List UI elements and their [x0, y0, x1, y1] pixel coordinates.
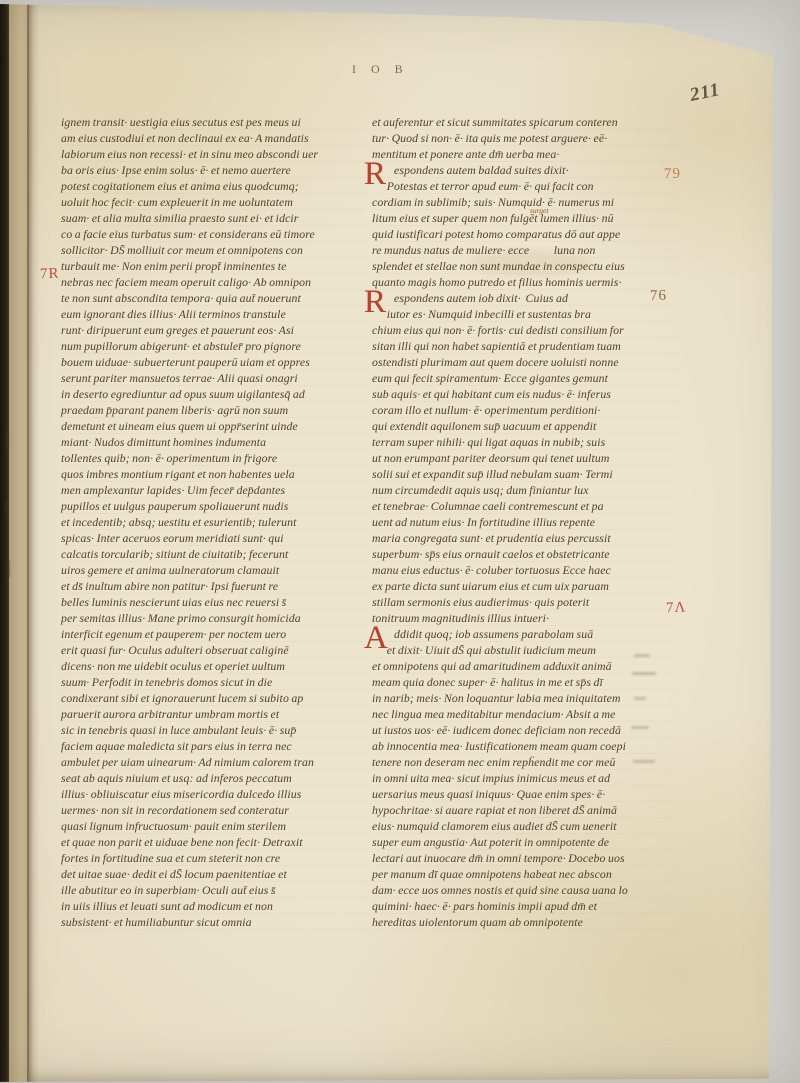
line-text: tenere non deseram nec enim repḧendit m… [372, 755, 616, 769]
line-text: Potestas et terror apud eum· ē· qui faci… [372, 179, 594, 193]
manuscript-line: in uiis illius et leuati sunt ad modicum… [61, 898, 367, 914]
manuscript-line: quanto magis homo putredo et filius homi… [372, 274, 678, 290]
margin-chapter-mark: 79 [664, 166, 682, 184]
manuscript-line: condixerant sibi et ignorauerunt lucem s… [61, 690, 367, 706]
line-text: et dixit· Uiuit dS̄ qui abstulit iudiciu… [372, 643, 596, 657]
line-text: dam· ecce uos omnes nostis et quid sine … [372, 883, 628, 897]
line-text: manu eius eductus· ē· coluber tortuosus … [372, 563, 611, 577]
line-text: uermes· non sit in recordationem sed con… [61, 803, 289, 817]
line-text: in narib; meis· Non loquantur labia mea … [372, 691, 621, 705]
manuscript-line: tollentes quib; non· ē· operimentum in f… [61, 450, 367, 466]
manuscript-line: sollicitor· DS̄ molliuit cor meum et omn… [61, 242, 367, 258]
folio-number-ink: 211 [688, 79, 722, 107]
manuscript-line: eum ignorant dies illius· Alii terminos … [61, 306, 367, 322]
line-text: erit quasi fur· Oculus adulteri obseruat… [61, 643, 289, 657]
line-text: interficit egenum et pauperem· per nocte… [61, 627, 286, 641]
manuscript-line: runt· diripuerunt eum greges et pauerunt… [61, 322, 367, 338]
manuscript-line: in omni uita mea· sicut impius inimicus … [372, 770, 678, 786]
line-text: ut non erumpant pariter deorsum qui tene… [372, 451, 610, 465]
manuscript-line: demetunt et uineam eius quem ui oppr̄ser… [61, 418, 367, 434]
line-text: super eum angustia· Aut poterit in omnip… [372, 835, 609, 849]
manuscript-line: turbauit me· Non enim perii propt̄ inmin… [61, 258, 367, 274]
manuscript-line: super eum angustia· Aut poterit in omnip… [372, 834, 678, 850]
interlinear-gloss: surget [530, 203, 548, 219]
manuscript-line: per semitas illius· Mane primo consurgit… [61, 610, 367, 626]
line-text: eum qui fecit spiramentum· Ecce gigantes… [372, 371, 608, 385]
manuscript-line: sic in tenebris quasi in luce ambulant l… [61, 722, 367, 738]
manuscript-line: superbum· sp̄s eius ornauit caelos et ob… [372, 546, 678, 562]
manuscript-line: Potestas et terror apud eum· ē· qui faci… [372, 178, 678, 194]
manuscript-line: interficit egenum et pauperem· per nocte… [61, 626, 367, 642]
manuscript-line: labiorum eius non recessi· et in sinu me… [61, 146, 367, 162]
line-text: ille abutitur eo in superbiam· Oculi aut… [61, 883, 276, 897]
bleedthrough-mark [5, 500, 8, 514]
line-text: nec lingua mea meditabitur mendacium· Ab… [372, 707, 616, 721]
line-text: faciem aquae maledicta sit pars eius in … [61, 739, 292, 753]
line-text: iutor es· Numquid inbecilli et sustentas… [372, 307, 591, 321]
manuscript-line: ut iustos uos· eē· iudicem donec deficia… [372, 722, 678, 738]
line-text: spicas· Inter aceruos eorum meridiati su… [61, 531, 284, 545]
manuscript-line: R espondens autem baldad suites dixit· [372, 162, 678, 178]
manuscript-line: in deserto egrediuntur ad opus suum uigi… [61, 386, 367, 402]
line-text: re mundus natus de muliere· ecce luna no… [372, 243, 596, 257]
manuscript-line: hereditas uiolentorum quam ab omnipotent… [372, 914, 678, 930]
manuscript-line: et ds̄ inultum abire non patitur· Ipsi f… [61, 578, 367, 594]
manuscript-line: re mundus natus de muliere· ecce luna no… [372, 242, 678, 258]
manuscript-line: quid iustificari potest homo comparatus … [372, 226, 678, 242]
line-text: meam quia donec super· ē· halitus in me … [372, 675, 603, 689]
line-text: men amplexantur lapides· Uim fecer̄ dep̄… [61, 483, 285, 497]
line-text: runt· diripuerunt eum greges et pauerunt… [61, 323, 294, 337]
line-text: et quae non parit et uiduae bene non fec… [61, 835, 303, 849]
manuscript-line: uersarius meus quasi iniquus· Quae enim … [372, 786, 678, 802]
manuscript-line: dicens· non me uidebit oculus et operiet… [61, 658, 367, 674]
manuscript-line: ille abutitur eo in superbiam· Oculi aut… [61, 882, 367, 898]
manuscript-line: per manum dī quae omnipotens habeat nec … [372, 866, 678, 882]
manuscript-line: co a facie eius turbatus sum· et conside… [61, 226, 367, 242]
parchment-page: I O B 211 211 ignem transit· uestigia ei… [0, 0, 800, 1083]
parchment-stain [706, 16, 768, 36]
line-text: ambulet per uiam uinearum· Ad nimium cal… [61, 755, 314, 769]
line-text: ut iustos uos· eē· iudicem donec deficia… [372, 723, 621, 737]
line-text: miant· Nudos dimittunt homines indumenta [61, 435, 266, 449]
line-text: in uiis illius et leuati sunt ad modicum… [61, 899, 273, 913]
margin-chapter-mark: 7R [40, 266, 60, 284]
manuscript-line: cordiam in sublimib; suis· Numquid· ē· n… [372, 194, 678, 210]
line-text: mentitum et ponere ante dm̄ uerba mea· [372, 147, 559, 161]
manuscript-line: hypochritae· si auare rapiat et non libe… [372, 802, 678, 818]
manuscript-line: faciem aquae maledicta sit pars eius in … [61, 738, 367, 754]
manuscript-line: suum· Perfodit in tenebris domos sicut i… [61, 674, 367, 690]
line-text: sic in tenebris quasi in luce ambulant l… [61, 723, 296, 737]
line-text: espondens autem iob dixit· Cuius ad [372, 291, 568, 305]
gutter-crease-shadow [27, 0, 39, 1083]
line-text: ignem transit· uestigia eius secutus est… [61, 115, 301, 129]
line-text: lectari aut inuocare dm̄ in omni tempore… [372, 851, 625, 865]
manuscript-line: ostendisti plurimam aut quem docere uolu… [372, 354, 678, 370]
manuscript-line: qui extendit aquilonem sup̄ uacuum et ap… [372, 418, 678, 434]
manuscript-line: terram super nihili· qui ligat aquas in … [372, 434, 678, 450]
manuscript-line: iutor es· Numquid inbecilli et sustentas… [372, 306, 678, 322]
faint-marginalia-smudge [632, 672, 656, 675]
line-text: te non sunt abscondita tempora· quia aut… [61, 291, 301, 305]
line-text: tollentes quib; non· ē· operimentum in f… [61, 451, 277, 465]
line-text: solii sui et expandit sup̄ illud nebulam… [372, 467, 613, 481]
line-text: quos imbres montium rigant et non habent… [61, 467, 295, 481]
line-text: condixerant sibi et ignorauerunt lucem s… [61, 691, 303, 705]
manuscript-line: meam quia donec super· ē· halitus in me … [372, 674, 678, 690]
manuscript-line: erit quasi fur· Oculus adulteri obseruat… [61, 642, 367, 658]
manuscript-line: ignem transit· uestigia eius secutus est… [61, 114, 367, 130]
line-text: uent ad nutum eius· In fortitudine illiu… [372, 515, 595, 529]
folio-number-pencil: 211 [757, 29, 776, 47]
line-text: eius· numquid clamorem eius audiet dS̄ c… [372, 819, 617, 833]
line-text: in deserto egrediuntur ad opus suum uigi… [61, 387, 305, 401]
manuscript-line: fortes in fortitudine sua et cum steteri… [61, 850, 367, 866]
line-text: sitan illi qui non habet sapientiā et pr… [372, 339, 621, 353]
line-text: paruerit aurora arbitrantur umbram morti… [61, 707, 279, 721]
line-text: suum· Perfodit in tenebris domos sicut i… [61, 675, 272, 689]
line-text: tur· Quod si non· ē· ita quis me potest … [372, 131, 607, 145]
faint-marginalia-smudge [634, 654, 650, 657]
manuscript-line: paruerit aurora arbitrantur umbram morti… [61, 706, 367, 722]
line-text: splendet et stellae non sunt mundae in c… [372, 259, 625, 273]
line-text: cordiam in sublimib; suis· Numquid· ē· n… [372, 195, 614, 209]
line-text: ab innocentia mea· Iustificationem meam … [372, 739, 626, 753]
manuscript-line: eius· numquid clamorem eius audiet dS̄ c… [372, 818, 678, 834]
manuscript-line: subsistent· et humiliabuntur sicut omnia [61, 914, 367, 930]
manuscript-line: am eius custodiui et non declinaui ex ea… [61, 130, 367, 146]
line-text: et auferentur et sicut summitates spicar… [372, 115, 618, 129]
line-text: praedam p̄parant panem liberis· agrū non… [61, 403, 288, 417]
manuscript-line: stillam sermonis eius audierimus· quis p… [372, 594, 678, 610]
manuscript-line: miant· Nudos dimittunt homines indumenta [61, 434, 367, 450]
manuscript-line: manu eius eductus· ē· coluber tortuosus … [372, 562, 678, 578]
line-text: co a facie eius turbatus sum· et conside… [61, 227, 315, 241]
manuscript-line: serunt pariter mansuetos terrae· Alii qu… [61, 370, 367, 386]
line-text: litum eius et super quem non fulgēt lume… [372, 211, 614, 225]
line-text: uersarius meus quasi iniquus· Quae enim … [372, 787, 605, 801]
manuscript-line: et tenebrae· Columnae caeli contremescun… [372, 498, 678, 514]
line-text: superbum· sp̄s eius ornauit caelos et ob… [372, 547, 610, 561]
line-text: subsistent· et humiliabuntur sicut omnia [61, 915, 252, 929]
manuscript-line: num pupillorum abigerunt· et abstuler̄ p… [61, 338, 367, 354]
line-text: belles luminis nescierunt uias eius nec … [61, 595, 286, 609]
line-text: ostendisti plurimam aut quem docere uolu… [372, 355, 619, 369]
line-text: per manum dī quae omnipotens habeat nec … [372, 867, 612, 881]
margin-chapter-mark: 76 [650, 288, 668, 306]
manuscript-line: et quae non parit et uiduae bene non fec… [61, 834, 367, 850]
faint-marginalia-smudge [634, 697, 646, 700]
manuscript-line: mentitum et ponere ante dm̄ uerba mea· [372, 146, 678, 162]
faint-marginalia-smudge [633, 760, 655, 763]
manuscript-line: tonitruum magnitudinis illius intueri· [372, 610, 678, 626]
manuscript-line: et auferentur et sicut summitates spicar… [372, 114, 678, 130]
line-text: et ds̄ inultum abire non patitur· Ipsi f… [61, 579, 278, 593]
line-text: quid iustificari potest homo comparatus … [372, 227, 620, 241]
manuscript-line: ex parte dicta sunt uiarum eius et cum u… [372, 578, 678, 594]
margin-chapter-mark: 7Λ [666, 600, 687, 618]
text-column-right: et auferentur et sicut summitates spicar… [372, 114, 678, 930]
manuscript-line: lectari aut inuocare dm̄ in omni tempore… [372, 850, 678, 866]
manuscript-line: men amplexantur lapides· Uim fecer̄ dep̄… [61, 482, 367, 498]
line-text: quasi lignum infructuosum· pauit enim st… [61, 819, 286, 833]
manuscript-line: quos imbres montium rigant et non habent… [61, 466, 367, 482]
bleedthrough-mark [6, 430, 9, 450]
manuscript-line: tur· Quod si non· ē· ita quis me potest … [372, 130, 678, 146]
manuscript-line: et dixit· Uiuit dS̄ qui abstulit iudiciu… [372, 642, 678, 658]
text-column-left: ignem transit· uestigia eius secutus est… [61, 114, 367, 930]
line-text: chium eius qui non· ē· fortis· cui dedis… [372, 323, 624, 337]
manuscript-line: bouem uiduae· subuerterunt pauperū uiam … [61, 354, 367, 370]
manuscript-line: suam· et alia multa similia praesto sunt… [61, 210, 367, 226]
manuscript-line: te non sunt abscondita tempora· quia aut… [61, 290, 367, 306]
line-text: per semitas illius· Mane primo consurgit… [61, 611, 301, 625]
line-text: dicens· non me uidebit oculus et operiet… [61, 659, 285, 673]
line-text: ddidit quoq; iob assumens parabolam suā [372, 627, 593, 641]
line-text: det uitae suae· dedit ei dS̄ locum paeni… [61, 867, 287, 881]
line-text: stillam sermonis eius audierimus· quis p… [372, 595, 589, 609]
line-text: hypochritae· si auare rapiat et non libe… [372, 803, 617, 817]
manuscript-line: A ddidit quoq; iob assumens parabolam su… [372, 626, 678, 642]
line-text: illius· obliuiscatur eius misericordia d… [61, 787, 301, 801]
line-text: et incedentib; absq; uestitu et esurient… [61, 515, 297, 529]
line-text: seat ab aquis niuium et usq: ad inferos … [61, 771, 292, 785]
manuscript-photo: I O B 211 211 ignem transit· uestigia ei… [0, 0, 800, 1083]
running-title-iob: I O B [352, 62, 409, 77]
line-text: am eius custodiui et non declinaui ex ea… [61, 131, 309, 145]
line-text: et omnipotens qui ad amaritudinem adduxi… [372, 659, 612, 673]
manuscript-line: splendet et stellae non sunt mundae in c… [372, 258, 678, 274]
manuscript-line: et incedentib; absq; uestitu et esurient… [61, 514, 367, 530]
manuscript-line: eum qui fecit spiramentum· Ecce gigantes… [372, 370, 678, 386]
line-text: bouem uiduae· subuerterunt pauperū uiam … [61, 355, 310, 369]
line-text: et tenebrae· Columnae caeli contremescun… [372, 499, 604, 513]
manuscript-line: quasi lignum infructuosum· pauit enim st… [61, 818, 367, 834]
line-text: in omni uita mea· sicut impius inimicus … [372, 771, 610, 785]
manuscript-line: ut non erumpant pariter deorsum qui tene… [372, 450, 678, 466]
line-text: serunt pariter mansuetos terrae· Alii qu… [61, 371, 298, 385]
manuscript-line: solii sui et expandit sup̄ illud nebulam… [372, 466, 678, 482]
manuscript-line: illius· obliuiscatur eius misericordia d… [61, 786, 367, 802]
line-text: uiros gemere et anima uulneratorum clama… [61, 563, 279, 577]
manuscript-line: pupillos et uulgus pauperum spoliauerunt… [61, 498, 367, 514]
line-text: terram super nihili· qui ligat aquas in … [372, 435, 605, 449]
line-text: quanto magis homo putredo et filius homi… [372, 275, 622, 289]
manuscript-line: nebras nec faciem meam operuit caligo· A… [61, 274, 367, 290]
manuscript-line: dam· ecce uos omnes nostis et quid sine … [372, 882, 678, 898]
manuscript-line: chium eius qui non· ē· fortis· cui dedis… [372, 322, 678, 338]
manuscript-line: num circumdedit aquis usq; dum finiantur… [372, 482, 678, 498]
manuscript-line: quimini· haec· ē· pars hominis impii apu… [372, 898, 678, 914]
line-text: potest cogitationem eius et anima eius q… [61, 179, 299, 193]
line-text: num circumdedit aquis usq; dum finiantur… [372, 483, 589, 497]
binding-gutter [0, 0, 9, 1083]
manuscript-line: coram illo et nullum· ē· operimentum per… [372, 402, 678, 418]
line-text: fortes in fortitudine sua et cum steteri… [61, 851, 280, 865]
manuscript-line: uiros gemere et anima uulneratorum clama… [61, 562, 367, 578]
line-text: espondens autem baldad suites dixit· [372, 163, 569, 177]
line-text: ex parte dicta sunt uiarum eius et cum u… [372, 579, 609, 593]
manuscript-line: sitan illi qui non habet sapientiā et pr… [372, 338, 678, 354]
manuscript-line: belles luminis nescierunt uias eius nec … [61, 594, 367, 610]
line-text: calcatis torcularib; sitiunt de ciuitati… [61, 547, 288, 561]
line-text: nebras nec faciem meam operuit caligo· A… [61, 275, 311, 289]
manuscript-line: litum eius et super quem non fulgēt lume… [372, 210, 678, 226]
bleedthrough-mark [7, 560, 10, 578]
line-text: qui extendit aquilonem sup̄ uacuum et ap… [372, 419, 596, 433]
manuscript-line: calcatis torcularib; sitiunt de ciuitati… [61, 546, 367, 562]
manuscript-line: det uitae suae· dedit ei dS̄ locum paeni… [61, 866, 367, 882]
line-text: suam· et alia multa similia praesto sunt… [61, 211, 298, 225]
line-text: labiorum eius non recessi· et in sinu me… [61, 147, 318, 161]
faint-marginalia-smudge [631, 726, 649, 729]
line-text: sollicitor· DS̄ molliuit cor meum et omn… [61, 243, 303, 257]
line-text: turbauit me· Non enim perii propt̄ inmin… [61, 259, 287, 273]
manuscript-line: in narib; meis· Non loquantur labia mea … [372, 690, 678, 706]
line-text: uoluit hoc fecit· cum expleuerit in me u… [61, 195, 293, 209]
line-text: coram illo et nullum· ē· operimentum per… [372, 403, 600, 417]
manuscript-line: uoluit hoc fecit· cum expleuerit in me u… [61, 194, 367, 210]
line-text: ba oris eius· Ipse enim solus· ē· et nem… [61, 163, 291, 177]
manuscript-line: praedam p̄parant panem liberis· agrū non… [61, 402, 367, 418]
line-text: quimini· haec· ē· pars hominis impii apu… [372, 899, 597, 913]
underpage-edge [9, 0, 29, 1083]
line-text: tonitruum magnitudinis illius intueri· [372, 611, 549, 625]
manuscript-line: uermes· non sit in recordationem sed con… [61, 802, 367, 818]
manuscript-line: potest cogitationem eius et anima eius q… [61, 178, 367, 194]
line-text: eum ignorant dies illius· Alii terminos … [61, 307, 286, 321]
manuscript-line: R espondens autem iob dixit· Cuius ad [372, 290, 678, 306]
line-text: num pupillorum abigerunt· et abstuler̄ p… [61, 339, 301, 353]
manuscript-line: seat ab aquis niuium et usq: ad inferos … [61, 770, 367, 786]
manuscript-line: nec lingua mea meditabitur mendacium· Ab… [372, 706, 678, 722]
manuscript-line: uent ad nutum eius· In fortitudine illiu… [372, 514, 678, 530]
manuscript-line: ab innocentia mea· Iustificationem meam … [372, 738, 678, 754]
line-text: hereditas uiolentorum quam ab omnipotent… [372, 915, 583, 929]
manuscript-line: ba oris eius· Ipse enim solus· ē· et nem… [61, 162, 367, 178]
line-text: demetunt et uineam eius quem ui oppr̄ser… [61, 419, 298, 433]
line-text: maria congregata sunt· et prudentia eius… [372, 531, 611, 545]
manuscript-line: spicas· Inter aceruos eorum meridiati su… [61, 530, 367, 546]
manuscript-line: ambulet per uiam uinearum· Ad nimium cal… [61, 754, 367, 770]
line-text: sub aquis· et qui habitant cum eis nudus… [372, 387, 611, 401]
manuscript-line: maria congregata sunt· et prudentia eius… [372, 530, 678, 546]
manuscript-line: sub aquis· et qui habitant cum eis nudus… [372, 386, 678, 402]
line-text: pupillos et uulgus pauperum spoliauerunt… [61, 499, 288, 513]
